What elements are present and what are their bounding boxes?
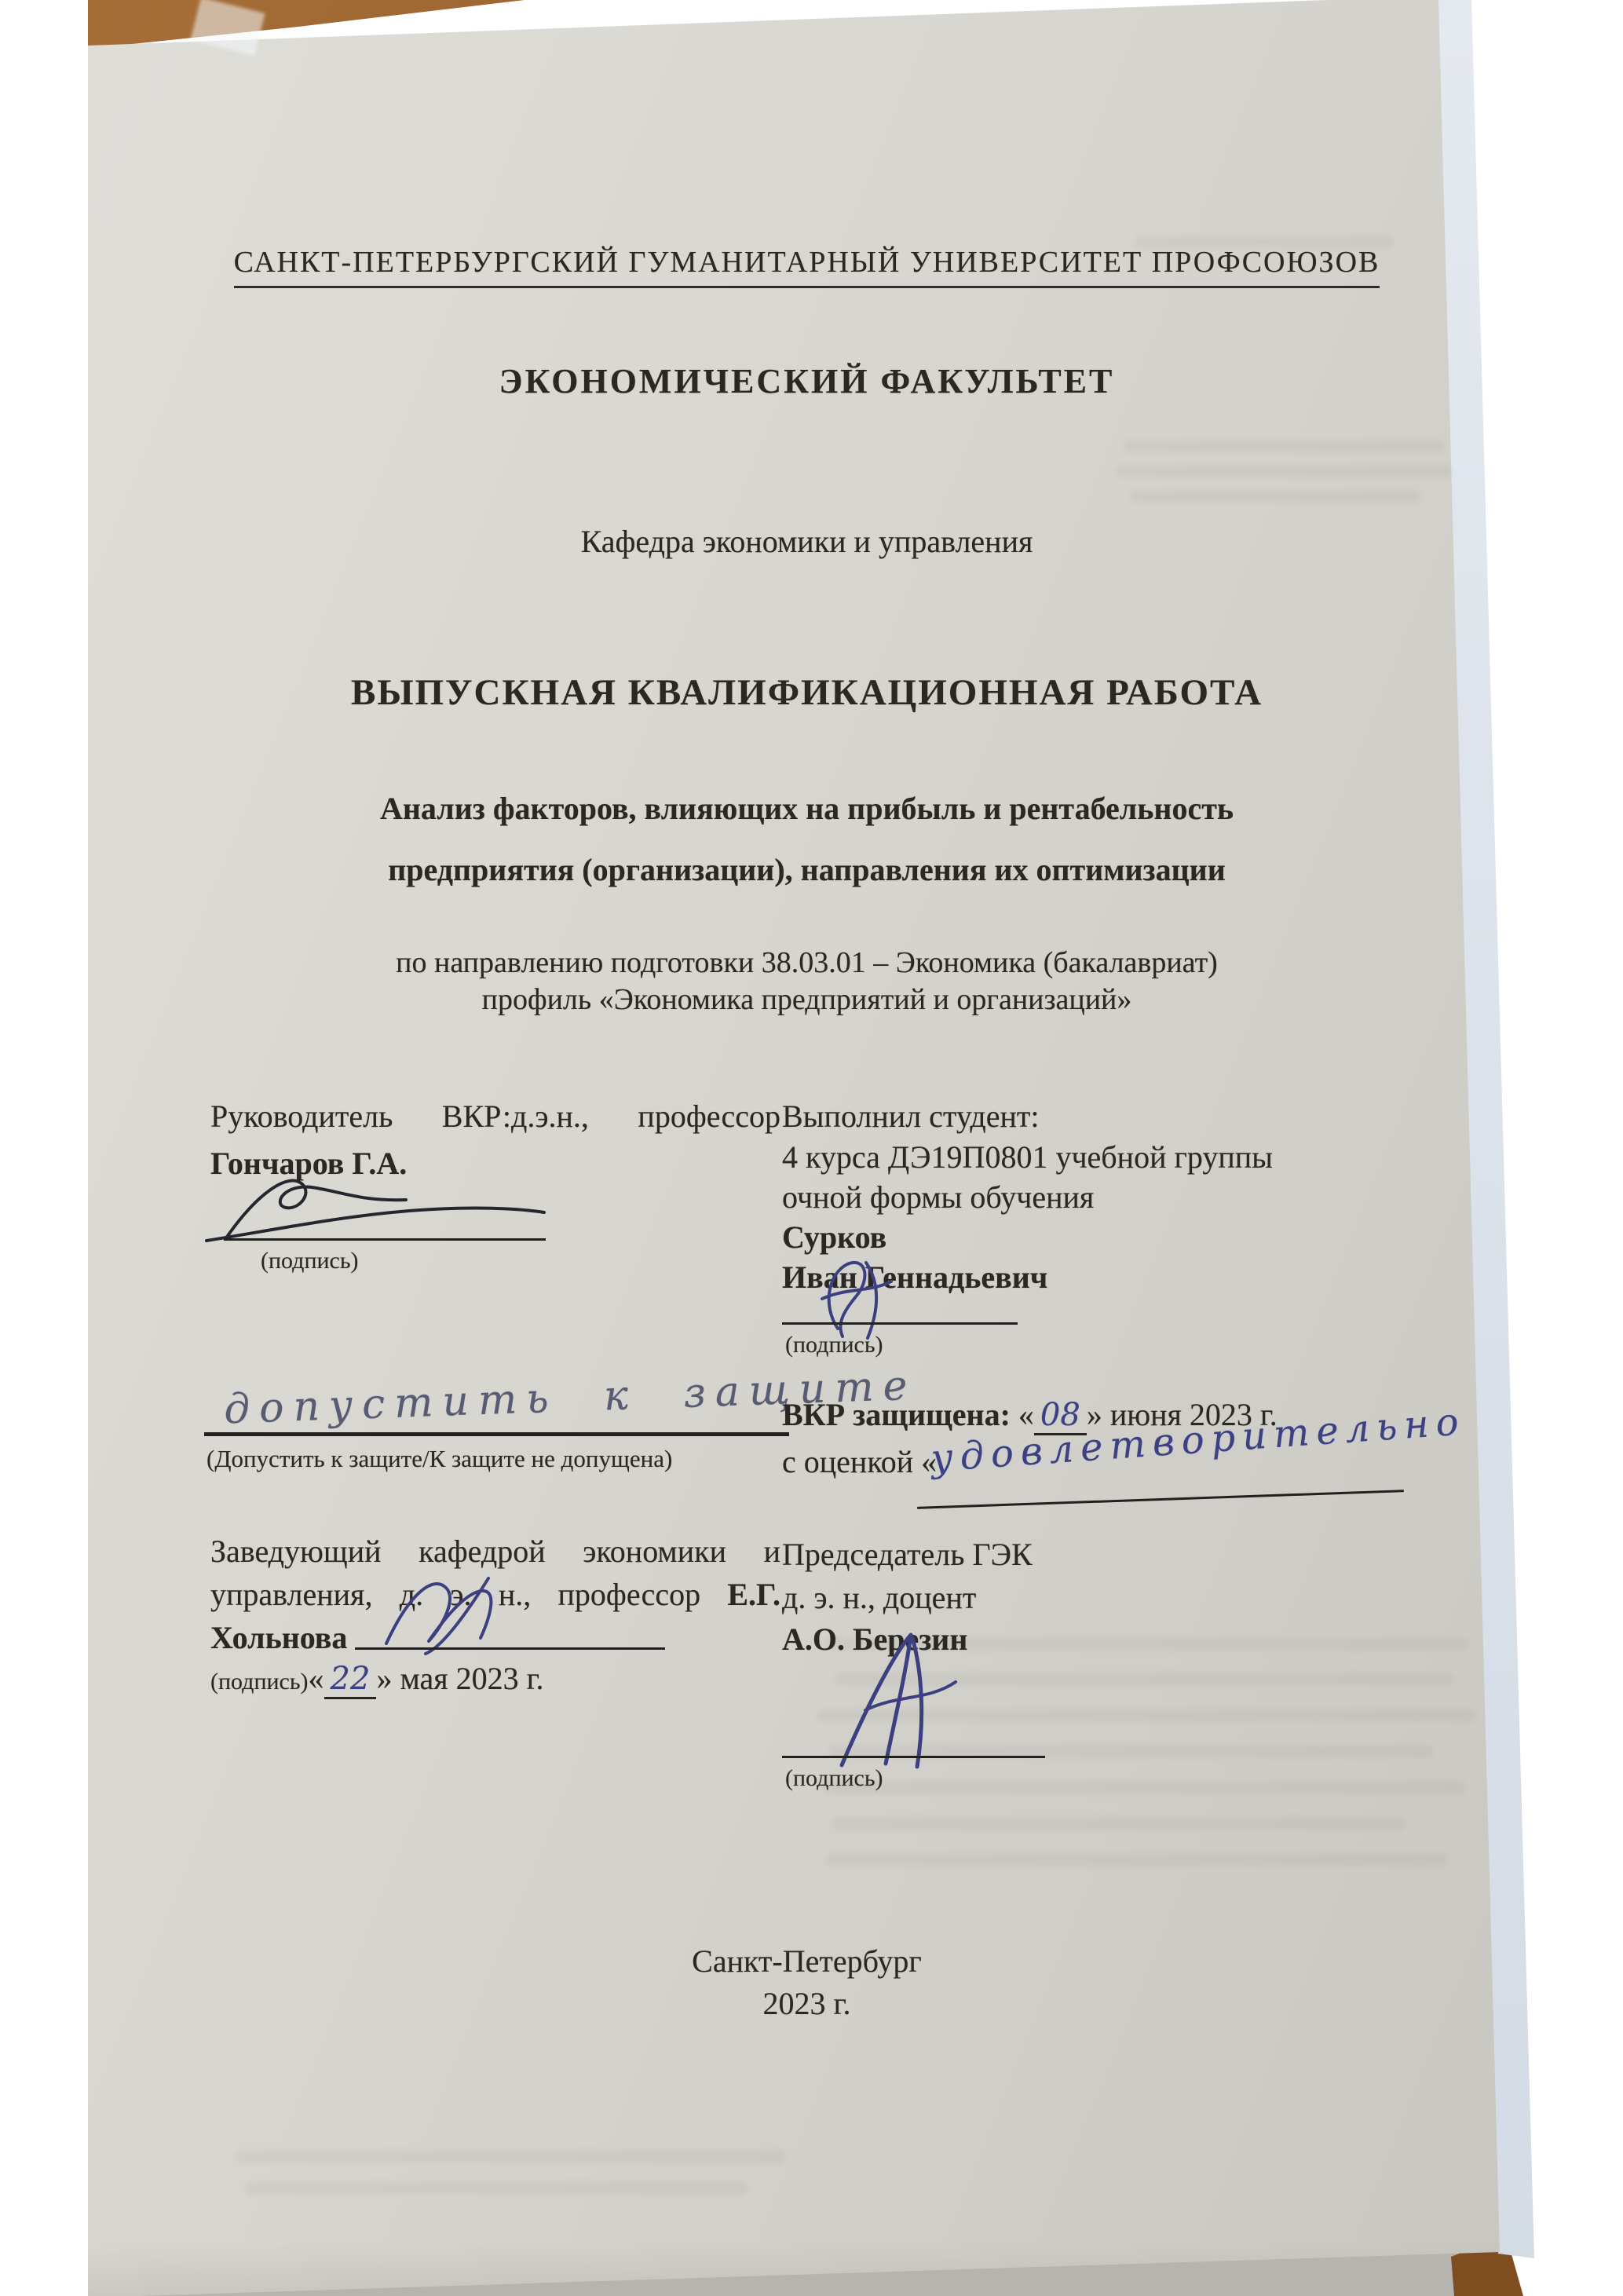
supervisor-signature bbox=[200, 1161, 550, 1249]
committee-chair-line: Председатель ГЭК bbox=[782, 1536, 1033, 1574]
grade-prefix: с оценкой « bbox=[782, 1443, 937, 1481]
head-signature-caption: (подпись) bbox=[210, 1669, 309, 1695]
student-signature-line bbox=[782, 1322, 1018, 1325]
chair-signature bbox=[809, 1624, 1044, 1773]
faculty-name: ЭКОНОМИЧЕСКИЙ ФАКУЛЬТЕТ bbox=[157, 361, 1457, 401]
head-line-1: Заведующий кафедрой экономики и bbox=[210, 1533, 780, 1570]
bleed-through-text bbox=[1115, 465, 1453, 478]
student-group-line: 4 курса ДЭ19П0801 учебной группы bbox=[782, 1139, 1273, 1176]
student-signature bbox=[789, 1250, 962, 1340]
defense-label: ВКР защищена: bbox=[782, 1397, 1011, 1432]
bleed-through-text bbox=[245, 2181, 748, 2195]
department-name: Кафедра экономики и управления bbox=[157, 523, 1457, 560]
student-form-line: очной формы обучения bbox=[782, 1179, 1094, 1216]
student-signature-caption: (подпись) bbox=[785, 1332, 883, 1358]
chair-signature-caption: (подпись) bbox=[785, 1765, 883, 1792]
bleed-through-text bbox=[236, 2150, 785, 2163]
admission-line bbox=[204, 1432, 789, 1436]
head-signature-line bbox=[355, 1647, 665, 1650]
city-name: Санкт-Петербург bbox=[157, 1943, 1457, 1980]
head-date-line: (подпись)«22» мая 2023 г. bbox=[210, 1660, 544, 1697]
chair-signature-line bbox=[782, 1756, 1045, 1758]
year-label: 2023 г. bbox=[157, 1985, 1457, 2022]
head-signature bbox=[369, 1569, 628, 1655]
program-line-2: профиль «Экономика предприятий и организ… bbox=[157, 982, 1457, 1017]
supervisor-signature-caption: (подпись) bbox=[261, 1248, 359, 1274]
head-name: Хольнова bbox=[210, 1619, 347, 1657]
defense-quote-open: « bbox=[1011, 1397, 1034, 1432]
thesis-title-line-2: предприятия (организации), направления и… bbox=[157, 851, 1457, 888]
head-date-quote-open: « bbox=[309, 1661, 324, 1696]
student-performed-label: Выполнил студент: bbox=[782, 1098, 1039, 1135]
thesis-title-line-1: Анализ факторов, влияющих на прибыль и р… bbox=[157, 790, 1457, 827]
bleed-through-text bbox=[832, 1817, 1406, 1830]
head-line-2-bold: Е.Г. bbox=[727, 1577, 780, 1612]
bleed-through-text bbox=[1123, 440, 1445, 453]
head-date-day: 22 bbox=[324, 1661, 377, 1699]
admission-caption: (Допустить к защите/К защите не допущена… bbox=[207, 1445, 672, 1473]
head-date-rest: » мая 2023 г. bbox=[376, 1661, 543, 1696]
university-name-underline: САНКТ-ПЕТЕРБУРГСКИЙ ГУМАНИТАРНЫЙ УНИВЕРС… bbox=[234, 246, 1380, 288]
supervisor-role: Руководитель ВКР:д.э.н., профессор bbox=[210, 1098, 780, 1135]
work-type-title: ВЫПУСКНАЯ КВАЛИФИКАЦИОННАЯ РАБОТА bbox=[157, 671, 1457, 714]
program-line-1: по направлению подготовки 38.03.01 – Эко… bbox=[157, 945, 1457, 980]
university-name: САНКТ-ПЕТЕРБУРГСКИЙ ГУМАНИТАРНЫЙ УНИВЕРС… bbox=[157, 245, 1457, 280]
bleed-through-text bbox=[821, 1781, 1465, 1794]
photo-of-document: САНКТ-ПЕТЕРБУРГСКИЙ ГУМАНИТАРНЫЙ УНИВЕРС… bbox=[0, 0, 1623, 2296]
bleed-through-text bbox=[826, 1853, 1446, 1866]
bleed-through-text bbox=[1129, 490, 1420, 503]
supervisor-signature-line bbox=[224, 1238, 546, 1241]
committee-degree-line: д. э. н., доцент bbox=[782, 1579, 976, 1617]
